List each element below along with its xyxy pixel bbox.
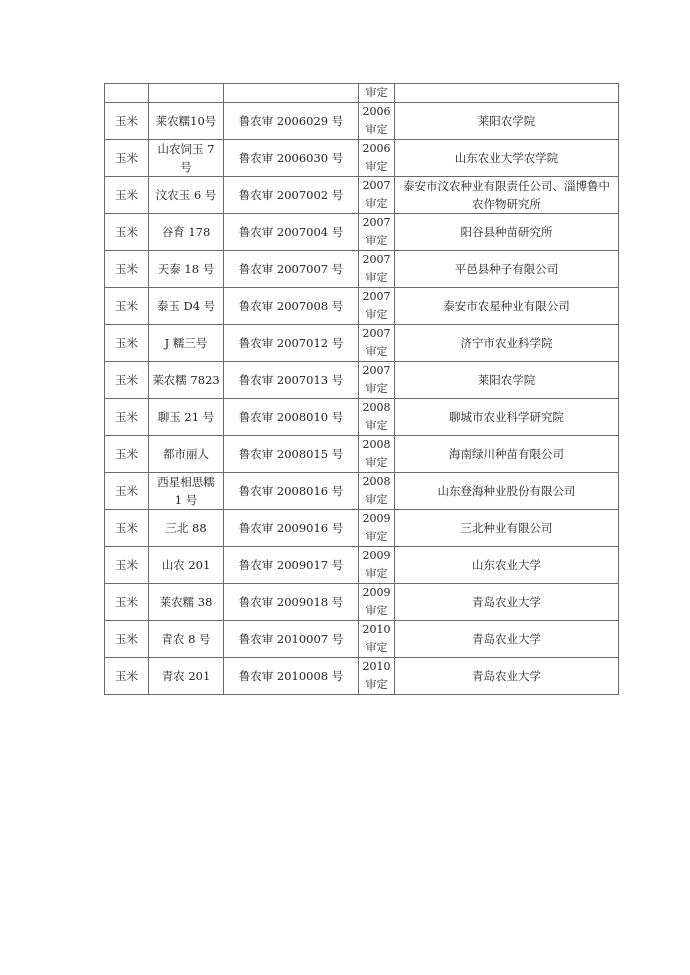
variety-cell: 都市丽人: [149, 436, 224, 473]
approval-number-cell: 鲁农审 2007008 号: [224, 288, 359, 325]
approval-year-cell: 2008审定: [359, 399, 395, 436]
approval-year-cell: 2006审定: [359, 140, 395, 177]
approval-year: 2007: [362, 362, 391, 380]
approval-status: 审定: [362, 306, 391, 324]
breeding-unit-cell: 泰安市农星种业有限公司: [395, 288, 619, 325]
crop-cell: 玉米: [105, 621, 149, 658]
approval-number-cell: 鲁农审 2007013 号: [224, 362, 359, 399]
variety-cell: 莱农糯 7823: [149, 362, 224, 399]
approval-year-cell: 2010审定: [359, 621, 395, 658]
approval-number-cell: 鲁农审 2010007 号: [224, 621, 359, 658]
breeding-unit-cell: 山东登海种业股份有限公司: [395, 473, 619, 510]
approval-year: 2006: [362, 140, 391, 158]
variety-cell: J 糯三号: [149, 325, 224, 362]
crop-cell: 玉米: [105, 547, 149, 584]
variety-cell: 聊玉 21 号: [149, 399, 224, 436]
approval-year: 2010: [362, 621, 391, 639]
breeding-unit-cell: 青岛农业大学: [395, 621, 619, 658]
breeding-unit-cell: 阳谷县种苗研究所: [395, 214, 619, 251]
approval-year: 2009: [362, 547, 391, 565]
approval-year-cell: 审定: [359, 84, 395, 103]
approval-number-cell: 鲁农审 2006029 号: [224, 103, 359, 140]
variety-cell: 青农 8 号: [149, 621, 224, 658]
table-row: 玉米都市丽人鲁农审 2008015 号2008审定海南绿川种苗有限公司: [105, 436, 619, 473]
approval-year: 2009: [362, 584, 391, 602]
approval-number-cell: 鲁农审 2007007 号: [224, 251, 359, 288]
variety-cell: 山农饲玉 7 号: [149, 140, 224, 177]
crop-cell: 玉米: [105, 103, 149, 140]
breeding-unit-cell: 聊城市农业科学研究院: [395, 399, 619, 436]
approval-status: 审定: [362, 380, 391, 398]
approval-year-cell: 2007审定: [359, 362, 395, 399]
variety-cell: 天泰 18 号: [149, 251, 224, 288]
approval-year: 2007: [362, 214, 391, 232]
approval-number-cell: 鲁农审 2010008 号: [224, 658, 359, 695]
crop-cell: 玉米: [105, 251, 149, 288]
breeding-unit-cell: 海南绿川种苗有限公司: [395, 436, 619, 473]
breeding-unit-cell: 山东农业大学: [395, 547, 619, 584]
table-row: 玉米莱农糯10号鲁农审 2006029 号2006审定莱阳农学院: [105, 103, 619, 140]
crop-cell: 玉米: [105, 399, 149, 436]
approval-year-cell: 2007审定: [359, 251, 395, 288]
approval-status: 审定: [362, 158, 391, 176]
approval-year: 2007: [362, 251, 391, 269]
approval-number-cell: [224, 84, 359, 103]
variety-cell: 莱农糯 38: [149, 584, 224, 621]
approval-number-cell: 鲁农审 2006030 号: [224, 140, 359, 177]
table-row: 玉米莱农糯 38鲁农审 2009018 号2009审定青岛农业大学: [105, 584, 619, 621]
variety-cell: 三北 88: [149, 510, 224, 547]
approval-status: 审定: [362, 528, 391, 546]
approval-year: 2008: [362, 436, 391, 454]
approval-status: 审定: [362, 269, 391, 287]
table-row: 玉米三北 88鲁农审 2009016 号2009审定三北种业有限公司: [105, 510, 619, 547]
table-row: 玉米山农饲玉 7 号鲁农审 2006030 号2006审定山东农业大学农学院: [105, 140, 619, 177]
approval-year-cell: 2009审定: [359, 584, 395, 621]
table-row: 玉米山农 201鲁农审 2009017 号2009审定山东农业大学: [105, 547, 619, 584]
approval-status: 审定: [362, 454, 391, 472]
approval-status: 审定: [362, 565, 391, 583]
variety-cell: [149, 84, 224, 103]
breeding-unit-cell: 山东农业大学农学院: [395, 140, 619, 177]
approval-year: 2007: [362, 288, 391, 306]
crop-cell: 玉米: [105, 658, 149, 695]
approval-status: 审定: [362, 121, 391, 139]
crop-cell: 玉米: [105, 140, 149, 177]
table-row: 玉米泰玉 D4 号鲁农审 2007008 号2007审定泰安市农星种业有限公司: [105, 288, 619, 325]
crop-cell: [105, 84, 149, 103]
approval-number-cell: 鲁农审 2008015 号: [224, 436, 359, 473]
approval-year: 2010: [362, 658, 391, 676]
approval-year-cell: 2007审定: [359, 177, 395, 214]
approval-status: 审定: [362, 343, 391, 361]
variety-cell: 山农 201: [149, 547, 224, 584]
table-row: 玉米青农 8 号鲁农审 2010007 号2010审定青岛农业大学: [105, 621, 619, 658]
breeding-unit-cell: 泰安市汶农种业有限责任公司、淄博鲁中农作物研究所: [395, 177, 619, 214]
table-row: 玉米谷育 178鲁农审 2007004 号2007审定阳谷县种苗研究所: [105, 214, 619, 251]
approval-year-cell: 2007审定: [359, 288, 395, 325]
approval-status: 审定: [362, 232, 391, 250]
approval-status: 审定: [362, 491, 391, 509]
approval-status: 审定: [362, 676, 391, 694]
breeding-unit-cell: 济宁市农业科学院: [395, 325, 619, 362]
breeding-unit-cell: [395, 84, 619, 103]
breeding-unit-cell: 三北种业有限公司: [395, 510, 619, 547]
crop-cell: 玉米: [105, 177, 149, 214]
crop-cell: 玉米: [105, 510, 149, 547]
crop-cell: 玉米: [105, 214, 149, 251]
table-row: 玉米天泰 18 号鲁农审 2007007 号2007审定平邑县种子有限公司: [105, 251, 619, 288]
approval-number-cell: 鲁农审 2008010 号: [224, 399, 359, 436]
approval-year: 2008: [362, 473, 391, 491]
crop-cell: 玉米: [105, 473, 149, 510]
table-row: 玉米青农 201鲁农审 2010008 号2010审定青岛农业大学: [105, 658, 619, 695]
crop-cell: 玉米: [105, 436, 149, 473]
table-row: 玉米西星相思糯 1 号鲁农审 2008016 号2008审定山东登海种业股份有限…: [105, 473, 619, 510]
variety-cell: 青农 201: [149, 658, 224, 695]
approval-year-cell: 2010审定: [359, 658, 395, 695]
approval-number-cell: 鲁农审 2009017 号: [224, 547, 359, 584]
approval-year-cell: 2007审定: [359, 214, 395, 251]
variety-cell: 汶农玉 6 号: [149, 177, 224, 214]
table-row: 玉米J 糯三号鲁农审 2007012 号2007审定济宁市农业科学院: [105, 325, 619, 362]
approval-status: 审定: [362, 639, 391, 657]
breeding-unit-cell: 青岛农业大学: [395, 658, 619, 695]
table-row: 玉米聊玉 21 号鲁农审 2008010 号2008审定聊城市农业科学研究院: [105, 399, 619, 436]
variety-approval-table: 审定 玉米莱农糯10号鲁农审 2006029 号2006审定莱阳农学院玉米山农饲…: [104, 83, 619, 695]
crop-cell: 玉米: [105, 288, 149, 325]
approval-number-cell: 鲁农审 2007004 号: [224, 214, 359, 251]
approval-status: 审定: [362, 602, 391, 620]
approval-year: 2009: [362, 510, 391, 528]
variety-cell: 莱农糯10号: [149, 103, 224, 140]
breeding-unit-cell: 莱阳农学院: [395, 103, 619, 140]
approval-year-cell: 2008审定: [359, 473, 395, 510]
approval-number-cell: 鲁农审 2007002 号: [224, 177, 359, 214]
approval-status: 审定: [362, 195, 391, 213]
table-row: 玉米汶农玉 6 号鲁农审 2007002 号2007审定泰安市汶农种业有限责任公…: [105, 177, 619, 214]
approval-year: 2008: [362, 399, 391, 417]
breeding-unit-cell: 青岛农业大学: [395, 584, 619, 621]
variety-cell: 西星相思糯 1 号: [149, 473, 224, 510]
approval-year-cell: 2008审定: [359, 436, 395, 473]
crop-cell: 玉米: [105, 362, 149, 399]
approval-year-cell: 2009审定: [359, 510, 395, 547]
variety-cell: 泰玉 D4 号: [149, 288, 224, 325]
approval-number-cell: 鲁农审 2008016 号: [224, 473, 359, 510]
crop-cell: 玉米: [105, 584, 149, 621]
document-page: 审定 玉米莱农糯10号鲁农审 2006029 号2006审定莱阳农学院玉米山农饲…: [0, 0, 690, 975]
table-row: 玉米莱农糯 7823鲁农审 2007013 号2007审定莱阳农学院: [105, 362, 619, 399]
approval-number-cell: 鲁农审 2009018 号: [224, 584, 359, 621]
approval-year-cell: 2006审定: [359, 103, 395, 140]
approval-year-cell: 2007审定: [359, 325, 395, 362]
approval-year: 2006: [362, 103, 391, 121]
table-row-continued: 审定: [105, 84, 619, 103]
approval-year: 2007: [362, 177, 391, 195]
approval-year-cell: 2009审定: [359, 547, 395, 584]
approval-status: 审定: [362, 84, 391, 102]
approval-year: 2007: [362, 325, 391, 343]
variety-cell: 谷育 178: [149, 214, 224, 251]
breeding-unit-cell: 莱阳农学院: [395, 362, 619, 399]
breeding-unit-cell: 平邑县种子有限公司: [395, 251, 619, 288]
approval-status: 审定: [362, 417, 391, 435]
approval-number-cell: 鲁农审 2009016 号: [224, 510, 359, 547]
crop-cell: 玉米: [105, 325, 149, 362]
approval-number-cell: 鲁农审 2007012 号: [224, 325, 359, 362]
